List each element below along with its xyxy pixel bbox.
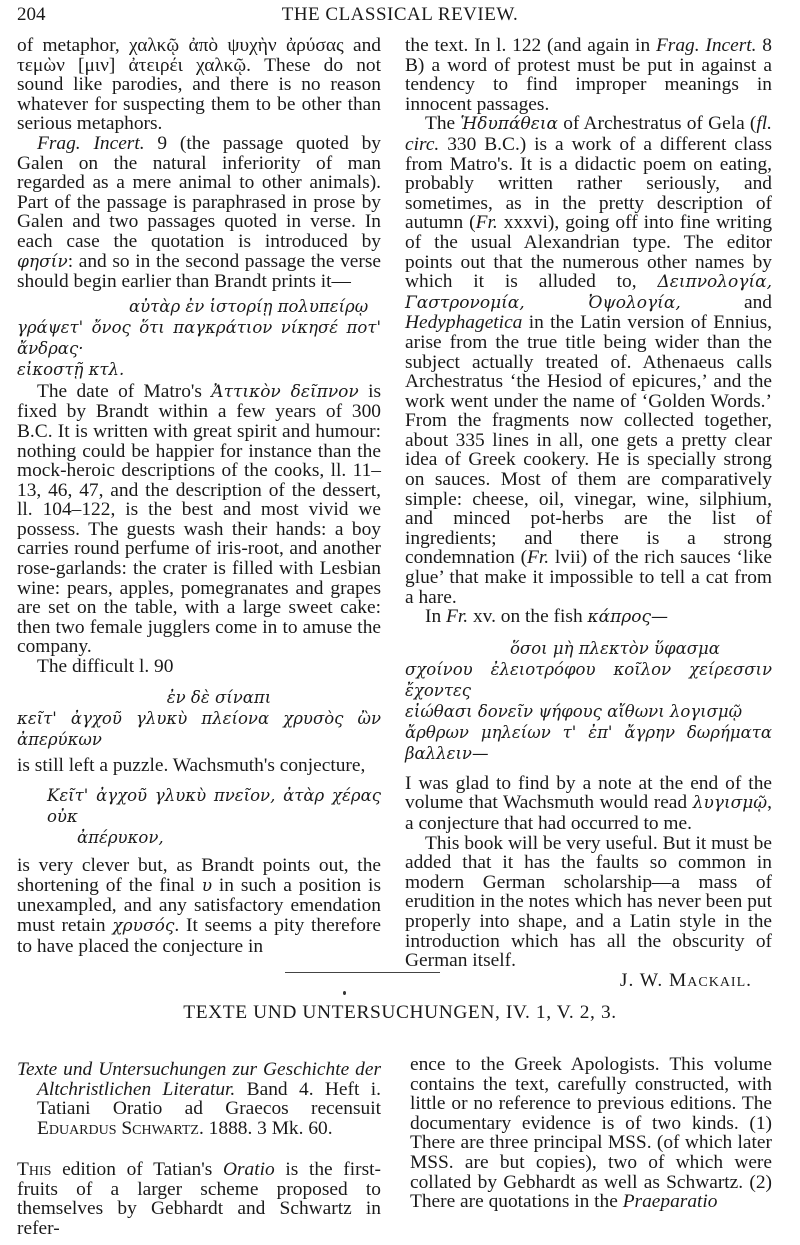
paragraph: In Fr. xv. on the fish κάπρος—	[405, 607, 772, 628]
left-column: of metaphor, χαλκῷ ἀπὸ ψυχὴν ἀρύσας and …	[17, 36, 381, 956]
paragraph: Frag. Incert. 9 (the passage quoted by G…	[17, 134, 381, 292]
journal-title: THE CLASSICAL REVIEW.	[17, 2, 783, 28]
paragraph: This book will be very useful. But it mu…	[405, 834, 772, 971]
greek-word: φησίν	[17, 252, 68, 272]
greek-quotation: ἐν δὲ σίναπι κεῖτ' ἀγχοῦ γλυκὺ πλείονα χ…	[17, 687, 381, 750]
print-speck	[343, 991, 346, 995]
italic-reference: Frag. Incert.	[37, 133, 145, 154]
paragraph: I was glad to find by a note at the end …	[405, 774, 772, 834]
greek-title: Ἀττικὸν δεῖπνον	[211, 382, 358, 402]
paragraph: The date of Matro's Ἀττικὸν δεῖπνον is f…	[17, 382, 381, 657]
greek-quotation: Κεῖτ' ἀγχοῦ γλυκὺ πνεῖον, ἀτὰρ χέρας οὐκ…	[17, 785, 381, 848]
section-title: TEXTE UND UNTERSUCHUNGEN, IV. 1, V. 2, 3…	[0, 1002, 800, 1024]
author-signature: J. W. Mackail.	[405, 971, 772, 991]
paragraph: The difficult l. 90	[17, 657, 381, 677]
paragraph: is very clever but, as Brandt points out…	[17, 856, 381, 956]
review-body-right: ence to the Greek Apologists. This volum…	[410, 1055, 772, 1212]
section-divider	[285, 972, 440, 973]
paragraph: The Ἡδυπάθεια of Archestratus of Gela (f…	[405, 114, 772, 607]
bibliographic-entry: Texte und Untersuchungen zur Geschichte …	[17, 1060, 381, 1138]
review-body-left: This edition of Tatian's Oratio is the f…	[17, 1160, 381, 1238]
greek-quotation: αὐτὰρ ἐν ἱστορίῃ πολυπείρῳ γράψετ' ὄνος …	[17, 296, 381, 380]
paragraph: is still left a puzzle. Wachsmuth's conj…	[17, 756, 381, 776]
running-head: 204 THE CLASSICAL REVIEW.	[17, 2, 783, 28]
right-column: the text. In l. 122 (and again in Frag. …	[405, 36, 772, 990]
greek-quotation: ὅσοι μὴ πλεκτὸν ὕφασμα σχοίνου ἐλειοτρόφ…	[405, 638, 772, 764]
paragraph: of metaphor, χαλκῷ ἀπὸ ψυχὴν ἀρύσας and …	[17, 36, 381, 134]
paragraph: the text. In l. 122 (and again in Frag. …	[405, 36, 772, 114]
